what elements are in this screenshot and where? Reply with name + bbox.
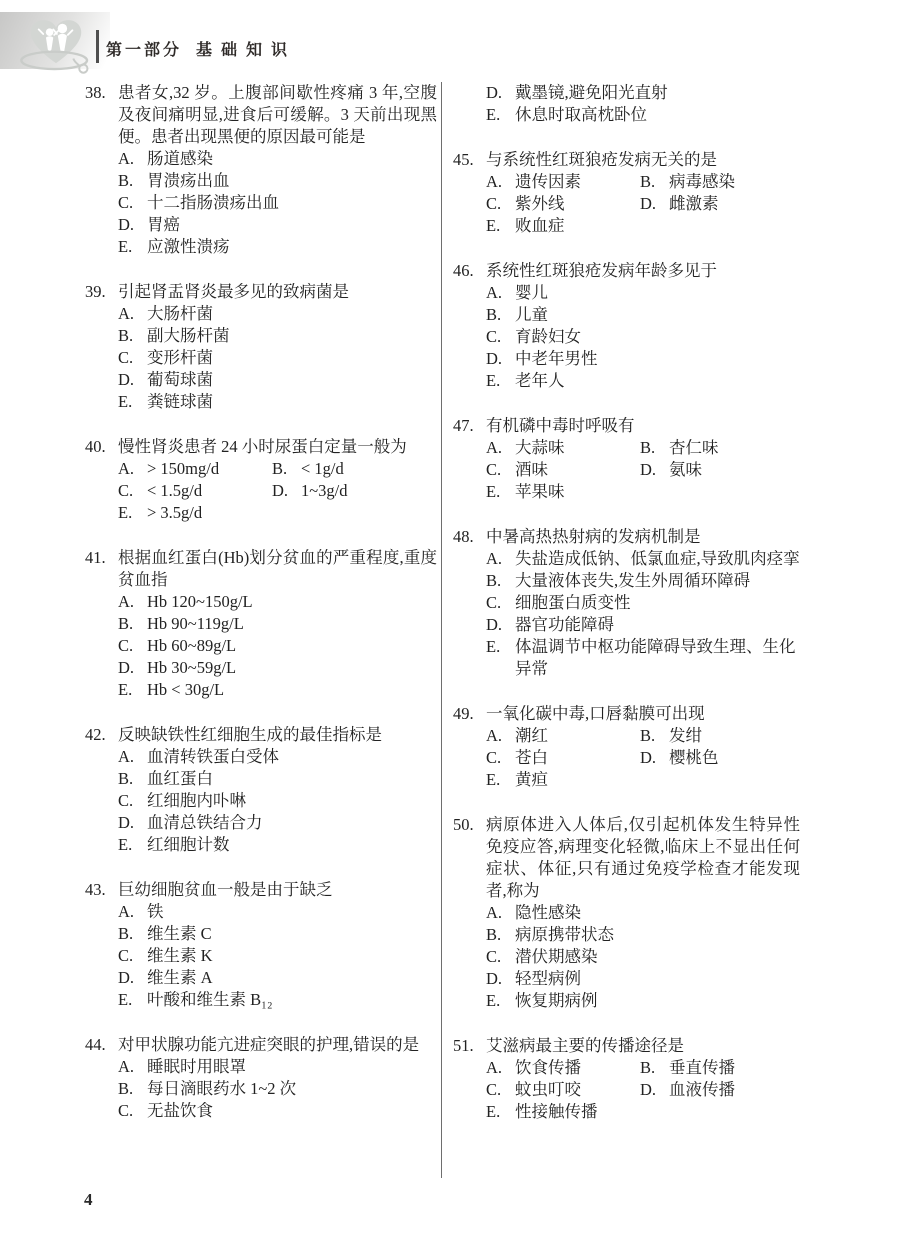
option-text: 隐性感染: [515, 902, 800, 924]
option-label: E.: [486, 481, 515, 503]
option-text: 育龄妇女: [515, 326, 800, 348]
option-text: 胃溃疡出血: [147, 170, 437, 192]
answer-option: B. 大量液体丧失,发生外周循环障碍: [486, 570, 800, 592]
answer-option: D. 血液传播: [640, 1079, 800, 1101]
question-options: A. 饮食传播 B. 垂直传播 C. 蚊虫叮咬 D. 血液传播 E. 性接触传播: [486, 1057, 800, 1123]
answer-option: C. 酒味: [486, 459, 640, 481]
question-number: 50.: [453, 814, 486, 902]
answer-option: C. 潜伏期感染: [486, 946, 800, 968]
option-text: 血清总铁结合力: [147, 812, 437, 834]
question-options: A. 睡眠时用眼罩 B. 每日滴眼药水 1~2 次 C. 无盐饮食: [118, 1056, 437, 1122]
option-text: 雌激素: [669, 193, 800, 215]
option-text: 苹果味: [515, 481, 640, 503]
answer-option: A. > 150mg/d: [118, 458, 272, 480]
answer-option: D. Hb 30~59g/L: [118, 657, 437, 679]
question-stem: 慢性肾炎患者 24 小时尿蛋白定量一般为: [118, 436, 437, 458]
question-stem-row: 39. 引起肾盂肾炎最多见的致病菌是: [85, 281, 437, 303]
option-label: B.: [640, 1057, 669, 1079]
section-title: 基础知识: [196, 42, 296, 59]
option-text: 体温调节中枢功能障碍导致生理、生化异常: [515, 636, 800, 680]
option-label: C.: [118, 635, 147, 657]
question-stem-row: 51. 艾滋病最主要的传播途径是: [453, 1035, 800, 1057]
question-block: 39. 引起肾盂肾炎最多见的致病菌是 A. 大肠杆菌 B. 副大肠杆菌 C. 变…: [85, 281, 437, 413]
answer-option: C. 变形杆菌: [118, 347, 437, 369]
option-label: E.: [486, 370, 515, 392]
option-label: D.: [118, 967, 147, 989]
question-stem-row: 45. 与系统性红斑狼疮发病无关的是: [453, 149, 800, 171]
answer-option: C. 苍白: [486, 747, 640, 769]
option-label: D.: [486, 82, 515, 104]
question-stem-row: 38. 患者女,32 岁。上腹部间歇性疼痛 3 年,空腹及夜间痛明显,进食后可缓…: [85, 82, 437, 148]
answer-option: A. 血清转铁蛋白受体: [118, 746, 437, 768]
option-label: A.: [118, 591, 147, 613]
option-text: 血清转铁蛋白受体: [147, 746, 437, 768]
option-label: A.: [118, 1056, 147, 1078]
option-label: A.: [486, 171, 515, 193]
option-text: 大量液体丧失,发生外周循环障碍: [515, 570, 800, 592]
option-text: 血液传播: [669, 1079, 800, 1101]
option-label: D.: [486, 348, 515, 370]
option-text: 胃癌: [147, 214, 437, 236]
option-label: B.: [486, 304, 515, 326]
option-label: C.: [486, 592, 515, 614]
option-text: > 3.5g/d: [147, 502, 272, 524]
answer-option: E. 应激性溃疡: [118, 236, 437, 258]
answer-option: B. 血红蛋白: [118, 768, 437, 790]
option-label: B.: [118, 613, 147, 635]
answer-option: A. 大蒜味: [486, 437, 640, 459]
option-label: A.: [486, 902, 515, 924]
option-text: 性接触传播: [515, 1101, 640, 1123]
option-text: 失盐造成低钠、低氯血症,导致肌肉痉挛: [515, 548, 800, 570]
answer-option: D. 维生素 A: [118, 967, 437, 989]
option-label: A.: [486, 437, 515, 459]
option-text: 每日滴眼药水 1~2 次: [147, 1078, 437, 1100]
answer-option: C. 蚊虫叮咬: [486, 1079, 640, 1101]
question-number: 41.: [85, 547, 118, 591]
question-stem: 艾滋病最主要的传播途径是: [486, 1035, 800, 1057]
question-number: 45.: [453, 149, 486, 171]
question-number: 49.: [453, 703, 486, 725]
question-options: A. > 150mg/d B. < 1g/d C. < 1.5g/d D. 1~…: [118, 458, 437, 524]
option-label: E.: [118, 679, 147, 701]
answer-option: A. 潮红: [486, 725, 640, 747]
answer-option: B. 胃溃疡出血: [118, 170, 437, 192]
question-block: 43. 巨幼细胞贫血一般是由于缺乏 A. 铁 B. 维生素 C C. 维生素 K…: [85, 879, 437, 1011]
question-stem: 引起肾盂肾炎最多见的致病菌是: [118, 281, 437, 303]
option-text: 恢复期病例: [515, 990, 800, 1012]
question-options: A. 大蒜味 B. 杏仁味 C. 酒味 D. 氨味 E. 苹果味: [486, 437, 800, 503]
option-text: 戴墨镜,避免阳光直射: [515, 82, 800, 104]
question-stem: 与系统性红斑狼疮发病无关的是: [486, 149, 800, 171]
header-band: [0, 12, 110, 69]
option-label: B.: [118, 768, 147, 790]
answer-option: E. 老年人: [486, 370, 800, 392]
option-text: 黄疸: [515, 769, 640, 791]
option-label: C.: [118, 192, 147, 214]
option-text: 中老年男性: [515, 348, 800, 370]
option-label: E.: [118, 834, 147, 856]
question-block: 42. 反映缺铁性红细胞生成的最佳指标是 A. 血清转铁蛋白受体 B. 血红蛋白…: [85, 724, 437, 856]
question-stem: 一氧化碳中毒,口唇黏膜可出现: [486, 703, 800, 725]
answer-option: E. 粪链球菌: [118, 391, 437, 413]
option-label: B.: [640, 725, 669, 747]
option-label: C.: [118, 945, 147, 967]
question-options: A. 潮红 B. 发绀 C. 苍白 D. 樱桃色 E. 黄疸: [486, 725, 800, 791]
question-stem-row: 43. 巨幼细胞贫血一般是由于缺乏: [85, 879, 437, 901]
question-stem-row: 47. 有机磷中毒时呼吸有: [453, 415, 800, 437]
question-block: 50. 病原体进入人体后,仅引起机体发生特异性免疫应答,病理变化轻微,临床上不显…: [453, 814, 800, 1012]
answer-option: D. 葡萄球菌: [118, 369, 437, 391]
option-label: E.: [486, 636, 515, 680]
option-text: 器官功能障碍: [515, 614, 800, 636]
option-text: Hb 90~119g/L: [147, 613, 437, 635]
question-stem: 有机磷中毒时呼吸有: [486, 415, 800, 437]
option-label: A.: [486, 282, 515, 304]
question-options: A. Hb 120~150g/L B. Hb 90~119g/L C. Hb 6…: [118, 591, 437, 701]
answer-option: B. 病毒感染: [640, 171, 800, 193]
option-label: A.: [118, 303, 147, 325]
option-text: 十二指肠溃疡出血: [147, 192, 437, 214]
answer-option: D. 雌激素: [640, 193, 800, 215]
answer-option: D. 樱桃色: [640, 747, 800, 769]
answer-option: E. Hb < 30g/L: [118, 679, 437, 701]
option-text: 血红蛋白: [147, 768, 437, 790]
option-text: 无盐饮食: [147, 1100, 437, 1122]
option-text: 病毒感染: [669, 171, 800, 193]
answer-option: B. 副大肠杆菌: [118, 325, 437, 347]
option-label: D.: [640, 193, 669, 215]
option-label: D.: [486, 968, 515, 990]
option-label: B.: [118, 1078, 147, 1100]
answer-option: B. 发绀: [640, 725, 800, 747]
question-block: 40. 慢性肾炎患者 24 小时尿蛋白定量一般为 A. > 150mg/d B.…: [85, 436, 437, 524]
question-stem-row: 48. 中暑高热热射病的发病机制是: [453, 526, 800, 548]
answer-option: B. 每日滴眼药水 1~2 次: [118, 1078, 437, 1100]
option-text: 杏仁味: [669, 437, 800, 459]
question-options: A. 婴儿 B. 儿童 C. 育龄妇女 D. 中老年男性 E. 老年人: [486, 282, 800, 392]
option-text: 休息时取高枕卧位: [515, 104, 800, 126]
option-label: E.: [486, 1101, 515, 1123]
answer-option: A. 肠道感染: [118, 148, 437, 170]
option-label: E.: [118, 989, 147, 1011]
option-label: E.: [486, 990, 515, 1012]
question-options: A. 隐性感染 B. 病原携带状态 C. 潜伏期感染 D. 轻型病例 E. 恢复…: [486, 902, 800, 1012]
option-text: 婴儿: [515, 282, 800, 304]
answer-option: B. < 1g/d: [272, 458, 437, 480]
question-stem-row: 44. 对甲状腺功能亢进症突眼的护理,错误的是: [85, 1034, 437, 1056]
answer-option: B. 维生素 C: [118, 923, 437, 945]
option-text: 紫外线: [515, 193, 640, 215]
option-text: 维生素 A: [147, 967, 437, 989]
option-text: 潮红: [515, 725, 640, 747]
option-label: C.: [486, 193, 515, 215]
question-number: 43.: [85, 879, 118, 901]
answer-option: E. 性接触传播: [486, 1101, 640, 1123]
answer-option: C. 红细胞内卟啉: [118, 790, 437, 812]
question-stem: 病原体进入人体后,仅引起机体发生特异性免疫应答,病理变化轻微,临床上不显出任何症…: [486, 814, 800, 902]
question-number: 40.: [85, 436, 118, 458]
answer-option: A. 婴儿: [486, 282, 800, 304]
option-label: B.: [272, 458, 301, 480]
question-block: 48. 中暑高热热射病的发病机制是 A. 失盐造成低钠、低氯血症,导致肌肉痉挛 …: [453, 526, 800, 680]
answer-option: B. Hb 90~119g/L: [118, 613, 437, 635]
answer-option: A. 铁: [118, 901, 437, 923]
question-options: A. 失盐造成低钠、低氯血症,导致肌肉痉挛 B. 大量液体丧失,发生外周循环障碍…: [486, 548, 800, 680]
answer-option: D. 氨味: [640, 459, 800, 481]
question-block: 38. 患者女,32 岁。上腹部间歇性疼痛 3 年,空腹及夜间痛明显,进食后可缓…: [85, 82, 437, 258]
option-text: 红细胞内卟啉: [147, 790, 437, 812]
option-label: A.: [118, 458, 147, 480]
question-block: 46. 系统性红斑狼疮发病年龄多见于 A. 婴儿 B. 儿童 C. 育龄妇女 D…: [453, 260, 800, 392]
option-text: 大肠杆菌: [147, 303, 437, 325]
question-number: 47.: [453, 415, 486, 437]
option-label: E.: [118, 391, 147, 413]
option-label: A.: [486, 1057, 515, 1079]
question-columns: 38. 患者女,32 岁。上腹部间歇性疼痛 3 年,空腹及夜间痛明显,进食后可缓…: [85, 82, 800, 1178]
option-text: 维生素 C: [147, 923, 437, 945]
answer-option: A. 饮食传播: [486, 1057, 640, 1079]
option-text: 副大肠杆菌: [147, 325, 437, 347]
question-block: 49. 一氧化碳中毒,口唇黏膜可出现 A. 潮红 B. 发绀 C. 苍白 D. …: [453, 703, 800, 791]
option-text: 饮食传播: [515, 1057, 640, 1079]
page-number: 4: [84, 1190, 93, 1210]
option-label: B.: [486, 924, 515, 946]
option-label: E.: [118, 236, 147, 258]
answer-option: C. 十二指肠溃疡出血: [118, 192, 437, 214]
option-label: C.: [486, 326, 515, 348]
answer-option: C. 细胞蛋白质变性: [486, 592, 800, 614]
option-text: Hb < 30g/L: [147, 679, 437, 701]
option-label: B.: [118, 170, 147, 192]
option-text: 1~3g/d: [301, 480, 437, 502]
question-options: A. 大肠杆菌 B. 副大肠杆菌 C. 变形杆菌 D. 葡萄球菌 E. 粪链球菌: [118, 303, 437, 413]
answer-option: E. 恢复期病例: [486, 990, 800, 1012]
option-label: C.: [486, 946, 515, 968]
answer-option: D. 器官功能障碍: [486, 614, 800, 636]
option-text: 氨味: [669, 459, 800, 481]
medical-heart-stethoscope-logo-icon: [10, 13, 102, 75]
answer-option: A. Hb 120~150g/L: [118, 591, 437, 613]
option-label: E.: [486, 104, 515, 126]
option-text: 红细胞计数: [147, 834, 437, 856]
question-block: 47. 有机磷中毒时呼吸有 A. 大蒜味 B. 杏仁味 C. 酒味 D. 氨味 …: [453, 415, 800, 503]
question-stem: 患者女,32 岁。上腹部间歇性疼痛 3 年,空腹及夜间痛明显,进食后可缓解。3 …: [118, 82, 437, 148]
option-text: < 1.5g/d: [147, 480, 272, 502]
option-text: 发绀: [669, 725, 800, 747]
question-number: 42.: [85, 724, 118, 746]
option-label: D.: [118, 369, 147, 391]
option-text: 垂直传播: [669, 1057, 800, 1079]
answer-option: A. 遗传因素: [486, 171, 640, 193]
option-text: 大蒜味: [515, 437, 640, 459]
option-text: 樱桃色: [669, 747, 800, 769]
option-text: Hb 120~150g/L: [147, 591, 437, 613]
option-label: C.: [118, 480, 147, 502]
option-label: C.: [118, 790, 147, 812]
question-stem: 巨幼细胞贫血一般是由于缺乏: [118, 879, 437, 901]
question-number: 51.: [453, 1035, 486, 1057]
question-stem-row: 41. 根据血红蛋白(Hb)划分贫血的严重程度,重度贫血指: [85, 547, 437, 591]
option-text: 潜伏期感染: [515, 946, 800, 968]
option-label: D.: [118, 657, 147, 679]
option-text: 败血症: [515, 215, 640, 237]
answer-option: E. 黄疸: [486, 769, 640, 791]
option-text: 葡萄球菌: [147, 369, 437, 391]
exam-page: 第一部分基础知识 38. 患者女,32 岁。上腹部间歇性疼痛 3 年,空腹及夜间…: [0, 0, 900, 1245]
answer-option: E. 红细胞计数: [118, 834, 437, 856]
answer-option: D. 血清总铁结合力: [118, 812, 437, 834]
answer-option: C. 维生素 K: [118, 945, 437, 967]
column-divider: [441, 82, 442, 1178]
option-label: C.: [118, 1100, 147, 1122]
question-options: A. 铁 B. 维生素 C C. 维生素 K D. 维生素 A E. 叶酸和维生…: [118, 901, 437, 1011]
answer-option: D. 中老年男性: [486, 348, 800, 370]
option-text: 酒味: [515, 459, 640, 481]
option-text: 维生素 K: [147, 945, 437, 967]
answer-option: B. 杏仁味: [640, 437, 800, 459]
question-stem: 中暑高热热射病的发病机制是: [486, 526, 800, 548]
answer-option: C. < 1.5g/d: [118, 480, 272, 502]
question-options: A. 遗传因素 B. 病毒感染 C. 紫外线 D. 雌激素 E. 败血症: [486, 171, 800, 237]
option-text: 叶酸和维生素 B₁₂: [147, 989, 437, 1011]
question-block: 44. 对甲状腺功能亢进症突眼的护理,错误的是 A. 睡眠时用眼罩 B. 每日滴…: [85, 1034, 437, 1122]
answer-option: A. 睡眠时用眼罩: [118, 1056, 437, 1078]
option-label: E.: [118, 502, 147, 524]
answer-option: B. 儿童: [486, 304, 800, 326]
option-text: 病原携带状态: [515, 924, 800, 946]
question-number: 46.: [453, 260, 486, 282]
option-text: 蚊虫叮咬: [515, 1079, 640, 1101]
option-text: Hb 30~59g/L: [147, 657, 437, 679]
option-label: B.: [640, 171, 669, 193]
option-text: 变形杆菌: [147, 347, 437, 369]
option-label: C.: [486, 1079, 515, 1101]
answer-option: E. 休息时取高枕卧位: [486, 104, 800, 126]
option-label: A.: [118, 746, 147, 768]
question-stem: 根据血红蛋白(Hb)划分贫血的严重程度,重度贫血指: [118, 547, 437, 591]
option-text: < 1g/d: [301, 458, 437, 480]
answer-option: D. 轻型病例: [486, 968, 800, 990]
option-label: D.: [118, 812, 147, 834]
header-divider: [96, 30, 99, 63]
question-number: 44.: [85, 1034, 118, 1056]
option-label: C.: [486, 747, 515, 769]
answer-option: B. 垂直传播: [640, 1057, 800, 1079]
option-label: B.: [486, 570, 515, 592]
answer-option: D. 1~3g/d: [272, 480, 437, 502]
question-options: A. 肠道感染 B. 胃溃疡出血 C. 十二指肠溃疡出血 D. 胃癌 E. 应激…: [118, 148, 437, 258]
question-number: 39.: [85, 281, 118, 303]
answer-option: D. 戴墨镜,避免阳光直射: [486, 82, 800, 104]
option-text: Hb 60~89g/L: [147, 635, 437, 657]
option-label: E.: [486, 215, 515, 237]
question-number: 48.: [453, 526, 486, 548]
option-label: B.: [640, 437, 669, 459]
option-text: 粪链球菌: [147, 391, 437, 413]
option-label: D.: [272, 480, 301, 502]
option-text: 老年人: [515, 370, 800, 392]
question-number: 38.: [85, 82, 118, 148]
question-stem: 系统性红斑狼疮发病年龄多见于: [486, 260, 800, 282]
question-options: A. 血清转铁蛋白受体 B. 血红蛋白 C. 红细胞内卟啉 D. 血清总铁结合力…: [118, 746, 437, 856]
answer-option: E. 苹果味: [486, 481, 640, 503]
answer-option: E. > 3.5g/d: [118, 502, 272, 524]
answer-option: A. 大肠杆菌: [118, 303, 437, 325]
option-label: C.: [118, 347, 147, 369]
answer-option: D. 胃癌: [118, 214, 437, 236]
option-label: D.: [486, 614, 515, 636]
question-stem: 反映缺铁性红细胞生成的最佳指标是: [118, 724, 437, 746]
question-stem-row: 42. 反映缺铁性红细胞生成的最佳指标是: [85, 724, 437, 746]
option-text: 遗传因素: [515, 171, 640, 193]
question-block: 51. 艾滋病最主要的传播途径是 A. 饮食传播 B. 垂直传播 C. 蚊虫叮咬…: [453, 1035, 800, 1123]
answer-option: C. 育龄妇女: [486, 326, 800, 348]
question-stem-row: 50. 病原体进入人体后,仅引起机体发生特异性免疫应答,病理变化轻微,临床上不显…: [453, 814, 800, 902]
option-text: 儿童: [515, 304, 800, 326]
option-label: D.: [640, 747, 669, 769]
question-options: D. 戴墨镜,避免阳光直射 E. 休息时取高枕卧位: [486, 82, 800, 126]
answer-option: A. 隐性感染: [486, 902, 800, 924]
option-label: E.: [486, 769, 515, 791]
option-text: 铁: [147, 901, 437, 923]
answer-option: C. Hb 60~89g/L: [118, 635, 437, 657]
question-block: 45. 与系统性红斑狼疮发病无关的是 A. 遗传因素 B. 病毒感染 C. 紫外…: [453, 149, 800, 237]
page-title: 第一部分基础知识: [106, 37, 296, 60]
right-column: D. 戴墨镜,避免阳光直射 E. 休息时取高枕卧位 45. 与系统性红斑狼疮发病…: [453, 82, 800, 1123]
answer-option: E. 体温调节中枢功能障碍导致生理、生化异常: [486, 636, 800, 680]
option-text: 睡眠时用眼罩: [147, 1056, 437, 1078]
option-label: C.: [486, 459, 515, 481]
question-block: 41. 根据血红蛋白(Hb)划分贫血的严重程度,重度贫血指 A. Hb 120~…: [85, 547, 437, 701]
section-label: 第一部分: [106, 42, 182, 59]
answer-option: A. 失盐造成低钠、低氯血症,导致肌肉痉挛: [486, 548, 800, 570]
option-text: 肠道感染: [147, 148, 437, 170]
left-column: 38. 患者女,32 岁。上腹部间歇性疼痛 3 年,空腹及夜间痛明显,进食后可缓…: [85, 82, 437, 1122]
answer-option: C. 紫外线: [486, 193, 640, 215]
option-label: A.: [118, 148, 147, 170]
option-label: D.: [118, 214, 147, 236]
option-text: > 150mg/d: [147, 458, 272, 480]
option-label: A.: [486, 725, 515, 747]
answer-option: B. 病原携带状态: [486, 924, 800, 946]
question-stem-row: 40. 慢性肾炎患者 24 小时尿蛋白定量一般为: [85, 436, 437, 458]
question-block-continuation: D. 戴墨镜,避免阳光直射 E. 休息时取高枕卧位: [453, 82, 800, 126]
answer-option: E. 叶酸和维生素 B₁₂: [118, 989, 437, 1011]
option-text: 应激性溃疡: [147, 236, 437, 258]
answer-option: C. 无盐饮食: [118, 1100, 437, 1122]
question-stem-row: 49. 一氧化碳中毒,口唇黏膜可出现: [453, 703, 800, 725]
option-label: B.: [118, 923, 147, 945]
option-text: 轻型病例: [515, 968, 800, 990]
option-label: A.: [486, 548, 515, 570]
option-label: A.: [118, 901, 147, 923]
option-label: B.: [118, 325, 147, 347]
question-stem: 对甲状腺功能亢进症突眼的护理,错误的是: [118, 1034, 437, 1056]
option-text: 苍白: [515, 747, 640, 769]
question-stem-row: 46. 系统性红斑狼疮发病年龄多见于: [453, 260, 800, 282]
answer-option: E. 败血症: [486, 215, 640, 237]
option-label: D.: [640, 1079, 669, 1101]
option-text: 细胞蛋白质变性: [515, 592, 800, 614]
option-label: D.: [640, 459, 669, 481]
